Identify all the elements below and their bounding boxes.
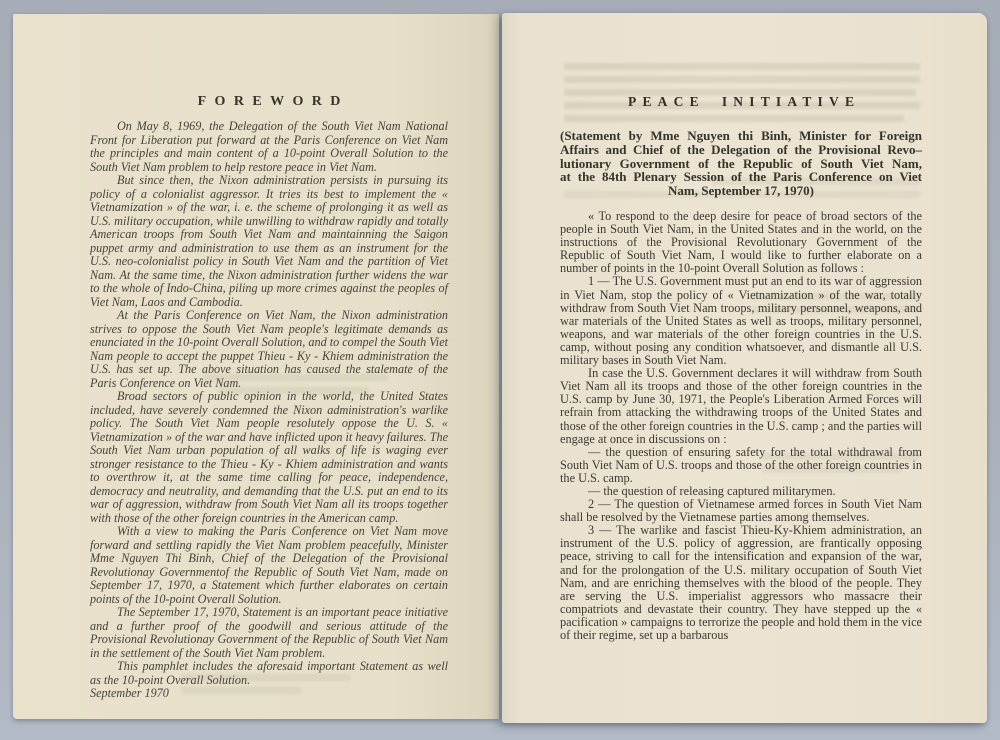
bleedthrough-artifact (564, 115, 904, 122)
statement-line: lutionary Government of the Republic of … (560, 157, 922, 171)
bleedthrough-artifact (218, 387, 368, 394)
body-paragraph: « To respond to the deep desire for peac… (560, 210, 922, 275)
foreword-paragraph: The September 17, 1970, Statement is an … (90, 606, 448, 660)
bleedthrough-artifact (181, 687, 301, 694)
foreword-paragraph: With a view to making the Paris Conferen… (90, 525, 448, 606)
statement-line: Affairs and Chief of the Delegation of t… (560, 143, 922, 157)
foreword-heading: FOREWORD (90, 94, 448, 110)
right-page: PEACE INITIATIVE (Statement by Mme Nguye… (502, 13, 987, 723)
statement-line: at the 84th Plenary Session of the Paris… (560, 170, 922, 184)
bleedthrough-artifact (564, 63, 920, 70)
foreword-paragraph: But since then, the Nixon administration… (90, 174, 448, 309)
foreword-body: On May 8, 1969, the Delegation of the So… (90, 120, 448, 701)
body-paragraph: 1 — The U.S. Government must put an end … (560, 275, 922, 367)
bleedthrough-artifact (181, 674, 351, 681)
foreword-paragraph: Broad sectors of public opinion in the w… (90, 390, 448, 525)
bleedthrough-artifact (203, 374, 388, 381)
statement-line: (Statement by Mme Nguyen thi Binh, Minis… (560, 129, 922, 143)
statement-line: Nam, September 17, 1970) (560, 184, 922, 198)
body-paragraph: — the question of ensuring safety for th… (560, 446, 922, 485)
body-paragraph: In case the U.S. Government declares it … (560, 367, 922, 446)
left-page: FOREWORD On May 8, 1969, the Delegation … (13, 14, 499, 719)
foreword-paragraph: On May 8, 1969, the Delegation of the So… (90, 120, 448, 174)
body-paragraph: 3 — The warlike and fascist Thieu-Ky-Khi… (560, 524, 922, 642)
statement-attribution: (Statement by Mme Nguyen thi Binh, Minis… (560, 129, 922, 198)
peace-initiative-heading: PEACE INITIATIVE (560, 94, 922, 110)
body-paragraph: 2 — The question of Vietnamese armed for… (560, 498, 922, 524)
bleedthrough-artifact (564, 76, 920, 83)
statement-body: « To respond to the deep desire for peac… (560, 210, 922, 642)
